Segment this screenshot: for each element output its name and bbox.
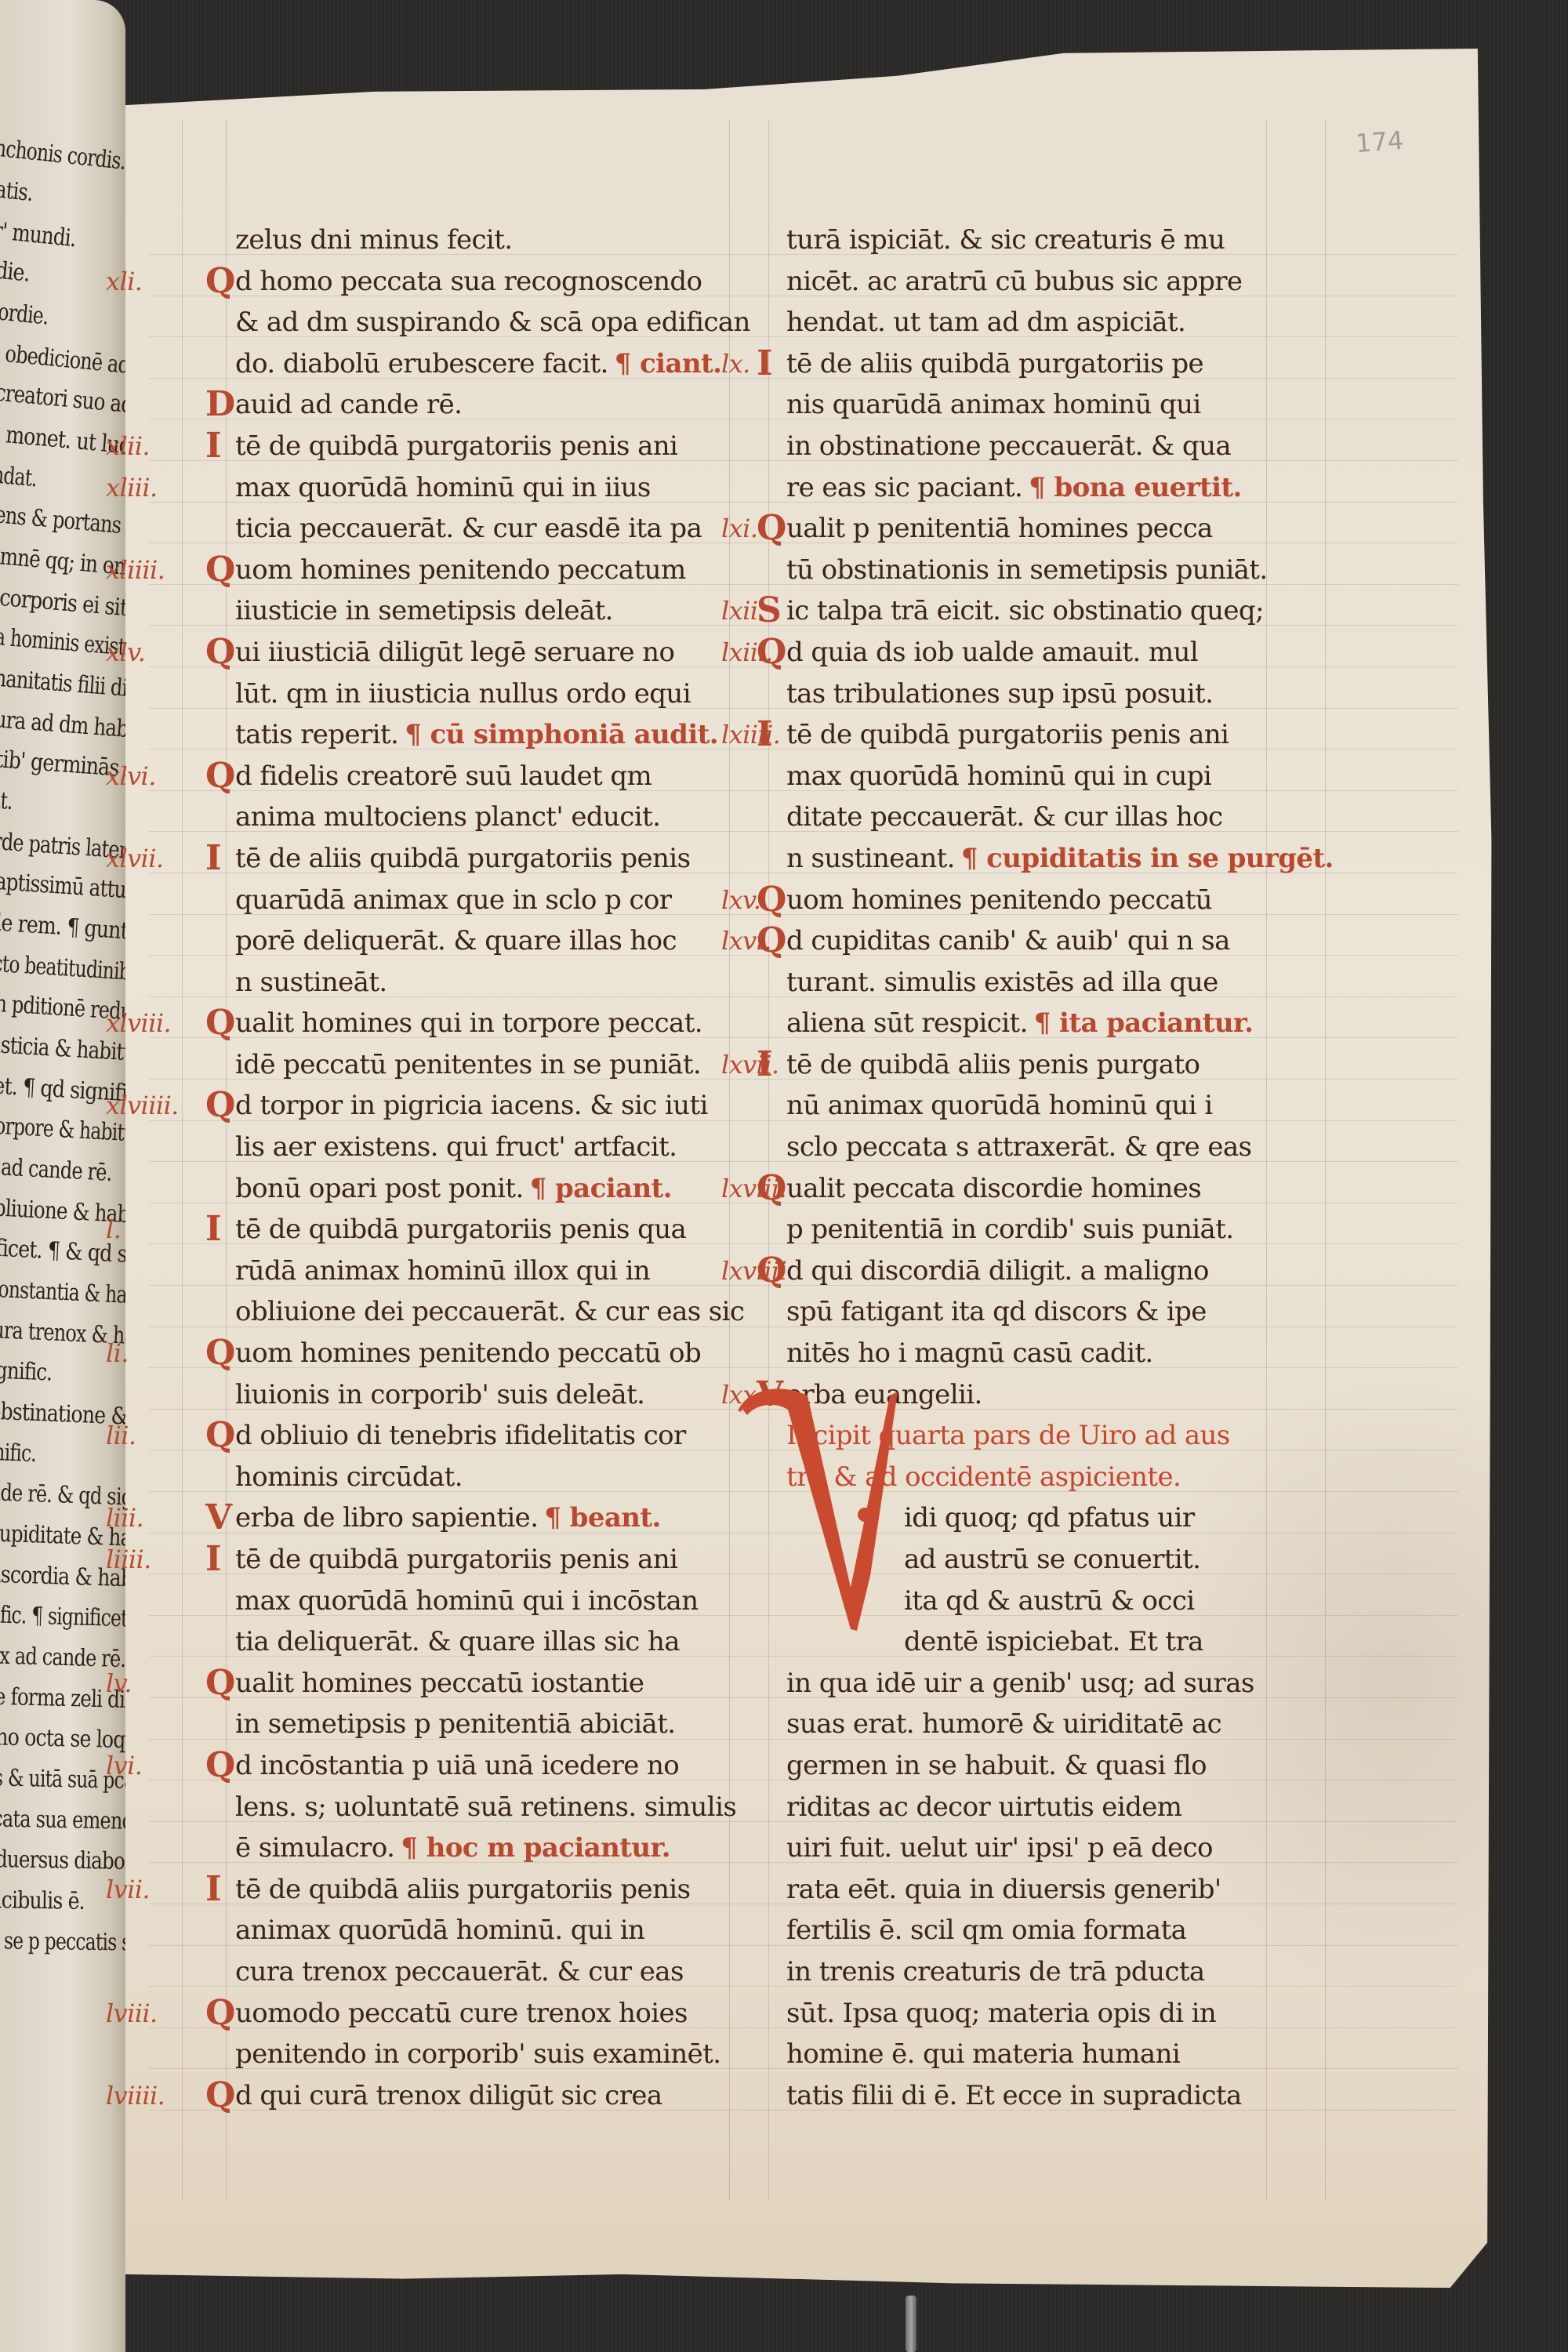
text-line: Qualit peccata discordie homines xyxy=(786,1168,1296,1210)
rubricated-initial: I xyxy=(757,1044,772,1086)
chapter-number: xlviiii. xyxy=(106,1085,179,1127)
text-line: Itē de quibdā purgatoriis penis qual. xyxy=(235,1209,721,1250)
text-line: Qd fidelis creatorē suū laudet qmxlvi. xyxy=(235,756,721,797)
text-line: riditas ac decor uirtutis eidem xyxy=(786,1787,1296,1828)
chapter-number: lvi. xyxy=(106,1745,142,1787)
text-line: obliuione dei peccauerāt. & cur eas sic xyxy=(235,1291,721,1333)
text-line: bonū opari post ponit.¶ paciant.lxviii. xyxy=(235,1168,721,1210)
line-text: auid ad cande rē. xyxy=(235,384,462,426)
line-text: rūdā animax hominū illox qui in xyxy=(235,1250,650,1292)
text-line: porē deliquerāt. & quare illas hoclxvi. xyxy=(235,920,721,962)
line-text: ic talpa trā eicit. sic obstinatio queq; xyxy=(786,590,1264,632)
text-line: spū fatigant ita qd discors & ipe xyxy=(786,1291,1296,1333)
verso-text-line: ..gnific. xyxy=(0,1438,37,1468)
text-line: ticia peccauerāt. & cur easdē ita palxi. xyxy=(235,508,721,550)
rubricated-initial: Q xyxy=(205,2075,235,2117)
verso-text-line: ..nchonis cordis. xyxy=(0,133,125,176)
line-text: nicēt. ac aratrū cū bubus sic appre xyxy=(786,261,1242,303)
text-line: Qd qui discordiā diligit. a maligno xyxy=(786,1250,1296,1292)
rubricated-initial: Q xyxy=(205,1085,235,1127)
chapter-number: lxi. xyxy=(721,508,757,550)
line-text: iiusticie in semetipsis deleāt. xyxy=(235,590,613,632)
verso-text-line: ..ncibulis ē. xyxy=(0,1886,85,1915)
verso-text-line: ..creatori suo adhereat xyxy=(0,378,125,424)
text-line: nis quarūdā animax hominū qui xyxy=(786,384,1296,426)
chapter-number: xlvii. xyxy=(106,838,163,880)
rubric-note: ¶ paciant. xyxy=(530,1173,672,1204)
rubricated-initial: I xyxy=(205,426,221,467)
line-text: d torpor in pigricia iacens. & sic iuti xyxy=(235,1085,708,1127)
verso-text-line: ..gnific. xyxy=(0,1356,53,1387)
text-line: Qualit p penitentiā homines pecca xyxy=(786,508,1296,550)
rubric-note: ¶ beant. xyxy=(544,1502,660,1534)
verso-text-line: ..ccata sua emendet. xyxy=(0,1805,125,1835)
text-line: iiusticie in semetipsis deleāt.lxii. xyxy=(235,590,721,632)
right-text-column: turā ispiciāt. & sic creaturis ē municēt… xyxy=(786,220,1296,2116)
line-text: do. diabolū erubescere facit. xyxy=(235,343,608,385)
line-text: lens. s; uoluntatē suā retinens. simulis xyxy=(235,1787,736,1828)
text-line: Itē de quibdā aliis purgatoriis penislvi… xyxy=(235,1869,721,1911)
line-text: & ad dm suspirando & scā opa edifican xyxy=(235,302,750,343)
ruling-line xyxy=(226,119,227,2201)
text-line: nitēs ho i magnū casū cadit. xyxy=(786,1333,1296,1374)
line-text: nitēs ho i magnū casū cadit. xyxy=(786,1333,1153,1374)
chapter-number: xlvi. xyxy=(106,756,156,797)
folio-number: 174 xyxy=(1355,125,1405,158)
line-text: d incōstantia p uiā unā icedere no xyxy=(235,1745,679,1787)
line-text: lis aer existens. qui fruct' artfacit. xyxy=(235,1127,677,1168)
line-text: re eas sic paciant. xyxy=(786,467,1022,509)
line-text: idē peccatū penitentes in se puniāt. xyxy=(235,1044,701,1086)
rubricated-initial: S xyxy=(757,590,781,632)
line-text: zelus dni minus fecit. xyxy=(235,220,512,261)
text-line: turant. simulis existēs ad illa que xyxy=(786,962,1296,1004)
verso-text-line: ..de rem. ¶ guntur. xyxy=(0,908,125,946)
rubricated-initial: I xyxy=(757,343,772,385)
rubric-note: ¶ cū simphoniā audit. xyxy=(405,719,718,750)
line-text: lūt. qm in iiusticia nullus ordo equi xyxy=(235,673,691,715)
line-text: ditate peccauerāt. & cur illas hoc xyxy=(786,797,1222,838)
line-text: max quorūdā hominū qui i incōstan xyxy=(235,1581,699,1622)
rubricated-initial: I xyxy=(205,1539,221,1581)
line-text: turant. simulis existēs ad illa que xyxy=(786,962,1218,1004)
ruling-line xyxy=(768,119,769,2201)
line-text: ualit homines qui in torpore peccat. xyxy=(235,1003,702,1044)
line-text: quarūdā animax que in sclo p cor xyxy=(235,880,671,921)
line-text: uom homines penitendo peccatum xyxy=(235,550,686,591)
line-text: turā ispiciāt. & sic creaturis ē mu xyxy=(786,220,1225,261)
rubricated-initial: I xyxy=(205,838,221,880)
verso-text-line: ..or' mundi. xyxy=(0,215,77,252)
chapter-number: lx. xyxy=(721,343,750,385)
text-line: fertilis ē. scil qm omia formata xyxy=(786,1910,1296,1951)
chapter-number: li. xyxy=(106,1333,129,1374)
verso-text-line: ..ific. ¶ significet. xyxy=(0,1601,125,1633)
verso-text-line: ..die. xyxy=(0,256,31,288)
rubricated-initial: I xyxy=(205,1209,221,1250)
line-text: nis quarūdā animax hominū qui xyxy=(786,384,1201,426)
line-text: tē de quibdā purgatoriis penis ani xyxy=(235,426,677,467)
line-text: ticia peccauerāt. & cur easdē ita pa xyxy=(235,508,702,550)
line-text: tē de quibdā aliis purgatoriis penis xyxy=(235,1869,690,1911)
line-text: spū fatigant ita qd discors & ipe xyxy=(786,1291,1207,1333)
verso-text-line: ..tā obedicionē adgrā xyxy=(0,337,125,383)
verso-text-line: ..tit. xyxy=(0,786,13,815)
rubric-note: ¶ cupiditatis in se purgēt. xyxy=(961,843,1334,874)
line-text: d qui curā trenox diligūt sic crea xyxy=(235,2075,662,2117)
text-line: anima multociens planct' educit. xyxy=(235,797,721,838)
text-line: germen in se habuit. & quasi flo xyxy=(786,1745,1296,1787)
rubricated-initial: Q xyxy=(205,632,235,673)
line-text: tē de quibdā aliis penis purgato xyxy=(786,1044,1200,1086)
text-line: Quom homines penitendo peccatumxliiii. xyxy=(235,550,721,591)
line-text: erba de libro sapientie. xyxy=(235,1497,538,1539)
text-line: re eas sic paciant.¶ bona euertit. xyxy=(786,467,1296,509)
line-text: cura trenox peccauerāt. & cur eas xyxy=(235,1951,684,1993)
rubric-note: ¶ bona euertit. xyxy=(1029,472,1242,503)
text-line: Quom homines penitendo peccatū obli. xyxy=(235,1333,721,1374)
rubricated-initial: Q xyxy=(757,1250,786,1292)
text-line: sūt. Ipsa quoq; materia opis di in xyxy=(786,1993,1296,2034)
line-text: hominis circūdat. xyxy=(235,1457,463,1498)
verso-text-line: ..constantia & habitu xyxy=(0,1275,125,1311)
line-text: tia deliquerāt. & quare illas sic ha xyxy=(235,1621,680,1663)
chapter-number: l. xyxy=(106,1209,121,1250)
line-text: n sustineāt. xyxy=(235,962,387,1004)
text-line: Quom homines penitendo peccatū xyxy=(786,880,1296,921)
text-line: tas tribulationes sup ipsū posuit. xyxy=(786,673,1296,715)
text-line: Qd torpor in pigricia iacens. & sic iuti… xyxy=(235,1085,721,1127)
rubric-note: ¶ ciant. xyxy=(615,348,722,379)
chapter-number: liiii. xyxy=(106,1539,151,1581)
line-text: d cupiditas canib' & auib' qui n sa xyxy=(786,920,1230,962)
rubric-note: ¶ ita paciantur. xyxy=(1034,1007,1254,1039)
line-text: tū obstinationis in semetipsis puniāt. xyxy=(786,550,1268,591)
text-line: Verba de libro sapientie.¶ beant.liii. xyxy=(235,1497,721,1539)
text-line: in semetipsis p penitentiā abiciāt. xyxy=(235,1704,721,1745)
line-text: nū animax quorūdā hominū qui i xyxy=(786,1085,1213,1127)
text-line: in trenis creaturis de trā pducta xyxy=(786,1951,1296,1993)
bookmark-clip xyxy=(906,2296,916,2352)
line-text: d qui discordiā diligit. a maligno xyxy=(786,1250,1209,1292)
text-line: tū obstinationis in semetipsis puniāt. xyxy=(786,550,1296,591)
rubricated-initial: Q xyxy=(757,508,786,550)
text-line: Dauid ad cande rē. xyxy=(235,384,721,426)
rubricated-initial: Q xyxy=(757,920,786,962)
line-text: d homo peccata sua recognoscendo xyxy=(235,261,702,303)
verso-text-line: ..cordie. xyxy=(0,296,49,330)
text-line: tia deliquerāt. & quare illas sic ha xyxy=(235,1621,721,1663)
text-line: cura trenox peccauerāt. & cur eas xyxy=(235,1951,721,1993)
rubricated-initial: Q xyxy=(205,550,235,591)
text-line: Qd incōstantia p uiā unā icedere nolvi. xyxy=(235,1745,721,1787)
line-text: tē de quibdā purgatoriis penis ani xyxy=(235,1539,677,1581)
line-text: hendat. ut tam ad dm aspiciāt. xyxy=(786,302,1185,343)
text-line: rata eēt. quia in diuersis generib' xyxy=(786,1869,1296,1911)
chapter-number: liii. xyxy=(106,1497,143,1539)
text-line: penitendo in corporib' suis examinēt. xyxy=(235,2034,721,2075)
chapter-number: lviiii. xyxy=(106,2075,165,2117)
ruling-line xyxy=(1325,119,1326,2201)
line-text: max quorūdā hominū qui in cupi xyxy=(786,756,1211,797)
chapter-number: xli. xyxy=(106,261,142,303)
rubricated-initial: Q xyxy=(205,1993,235,2034)
verso-text-line: ..tatis. xyxy=(0,174,34,207)
text-line: lis aer existens. qui fruct' artfacit. xyxy=(235,1127,721,1168)
rubricated-initial: I xyxy=(205,1869,221,1911)
text-line: aliena sūt respicit.¶ ita paciantur. xyxy=(786,1003,1296,1044)
chapter-number: lxv. xyxy=(721,880,760,921)
line-text: d obliuio di tenebris ifidelitatis cor xyxy=(235,1415,686,1457)
text-line: Qd cupiditas canib' & auib' qui n sa xyxy=(786,920,1296,962)
chapter-number: xlv. xyxy=(106,632,145,673)
line-text: tē de aliis quibdā purgatoriis penis xyxy=(235,838,690,880)
text-line: & ad dm suspirando & scā opa edifican xyxy=(235,302,721,343)
line-text: ualit homines peccatū iostantie xyxy=(235,1663,644,1704)
text-line: Qd qui curā trenox diligūt sic crealviii… xyxy=(235,2075,721,2117)
line-text: sclo peccata s attraxerāt. & qre eas xyxy=(786,1127,1251,1168)
text-line: Itē de aliis quibdā purgatoriis pe xyxy=(786,343,1296,385)
rubricated-initial: Q xyxy=(757,1168,786,1210)
text-line: sclo peccata s attraxerāt. & qre eas xyxy=(786,1127,1296,1168)
line-text: liuionis in corporib' suis deleāt. xyxy=(235,1374,644,1416)
line-text: uom homines penitendo peccatū xyxy=(786,880,1212,921)
line-text: ualit p penitentiā homines pecca xyxy=(786,508,1213,550)
text-line: lens. s; uoluntatē suā retinens. simulis xyxy=(235,1787,721,1828)
line-text: obliuione dei peccauerāt. & cur eas sic xyxy=(235,1291,744,1333)
line-text: anima multociens planct' educit. xyxy=(235,797,660,838)
text-line: suas erat. humorē & uiriditatē ac xyxy=(786,1704,1296,1745)
line-text: n sustineant. xyxy=(786,838,955,880)
rubricated-initial: Q xyxy=(205,1003,235,1044)
text-line: tatis reperit.¶ cū simphoniā audit.lxiii… xyxy=(235,714,721,756)
line-text: tatis reperit. xyxy=(235,714,398,756)
text-line: turā ispiciāt. & sic creaturis ē mu xyxy=(786,220,1296,261)
line-text: d quia ds iob ualde amauit. mul xyxy=(786,632,1198,673)
text-line: n sustineāt. xyxy=(235,962,721,1004)
line-text: bonū opari post ponit. xyxy=(235,1168,524,1210)
text-line: liuionis in corporib' suis deleāt.lxx. xyxy=(235,1374,721,1416)
verso-text-line: ..endat. xyxy=(0,459,38,492)
text-line: animax quorūdā hominū. qui in xyxy=(235,1910,721,1951)
line-text: in obstinatione peccauerāt. & qua xyxy=(786,426,1231,467)
text-line: hendat. ut tam ad dm aspiciāt. xyxy=(786,302,1296,343)
text-line: ē simulacro.¶ hoc m paciantur. xyxy=(235,1828,721,1869)
line-text: tē de quibdā purgatoriis penis qua xyxy=(235,1209,686,1250)
text-line: nicēt. ac aratrū cū bubus sic appre xyxy=(786,261,1296,303)
text-line: zelus dni minus fecit. xyxy=(235,220,721,261)
line-text: tas tribulationes sup ipsū posuit. xyxy=(786,673,1213,715)
ruling-line xyxy=(182,119,183,2201)
rubricated-initial: Q xyxy=(757,880,786,921)
rubricated-initial: V xyxy=(205,1497,232,1539)
chapter-number: xliii. xyxy=(106,467,158,509)
rubricated-initial: Q xyxy=(205,1415,235,1457)
text-line: Quomodo peccatū cure trenox hoieslviii. xyxy=(235,1993,721,2034)
verso-text-line: ..pura ad dm habens. xyxy=(0,704,125,746)
line-text: ui iiusticiā diligūt legē seruare no xyxy=(235,632,674,673)
text-line: homine ē. qui materia humani xyxy=(786,2034,1296,2075)
text-line: Itē de quibdā purgatoriis penis aniliiii… xyxy=(235,1539,721,1581)
text-line: max quorūdā hominū qui in iiusxliii. xyxy=(235,467,721,509)
verso-text-line: ..t ad cande rē. xyxy=(0,1152,112,1187)
text-line: max quorūdā hominū qui in cupi xyxy=(786,756,1296,797)
text-line: lūt. qm in iiusticia nullus ordo equi xyxy=(235,673,721,715)
text-line: Itē de quibdā purgatoriis penis ani xyxy=(786,714,1296,756)
text-line: Qui iiusticiā diligūt legē seruare noxlv… xyxy=(235,632,721,673)
text-line: rūdā animax hominū illox qui inlxviiii xyxy=(235,1250,721,1292)
line-text: uomodo peccatū cure trenox hoies xyxy=(235,1993,688,2034)
text-line: nū animax quorūdā hominū qui i xyxy=(786,1085,1296,1127)
text-line: n sustineant.¶ cupiditatis in se purgēt. xyxy=(786,838,1296,880)
chapter-number: xliiii. xyxy=(106,550,165,591)
line-text: d fidelis creatorē suū laudet qm xyxy=(235,756,652,797)
line-text: porē deliquerāt. & quare illas hoc xyxy=(235,920,677,962)
chapter-number: lii. xyxy=(106,1415,136,1457)
rubricated-initial: Q xyxy=(205,1745,235,1787)
line-text: uom homines penitendo peccatū ob xyxy=(235,1333,701,1374)
line-text: in semetipsis p penitentiā abiciāt. xyxy=(235,1704,675,1745)
ruling-line xyxy=(729,119,730,2201)
rubricated-initial: D xyxy=(205,384,235,426)
text-line: Itē de aliis quibdā purgatoriis penisxlv… xyxy=(235,838,721,880)
rubricated-initial: Q xyxy=(757,632,786,673)
line-text: tē de aliis quibdā purgatoriis pe xyxy=(786,343,1203,385)
line-text: ualit peccata discordie homines xyxy=(786,1168,1201,1210)
verso-text-line: ..ui se p peccatis suis p xyxy=(0,1927,125,1957)
text-line: quarūdā animax que in sclo p corlxv. xyxy=(235,880,721,921)
text-line: in obstinatione peccauerāt. & qua xyxy=(786,426,1296,467)
text-line: max quorūdā hominū qui i incōstan xyxy=(235,1581,721,1622)
line-text: max quorūdā hominū qui in iius xyxy=(235,467,651,509)
rubricated-initial: Q xyxy=(205,1333,235,1374)
text-line: hominis circūdat. xyxy=(235,1457,721,1498)
chapter-number: xlviii. xyxy=(106,1003,171,1044)
text-line: Qd obliuio di tenebris ifidelitatis corl… xyxy=(235,1415,721,1457)
text-line: ditate peccauerāt. & cur illas hoc xyxy=(786,797,1296,838)
text-line: uiri fuit. uelut uir' ipsi' p eā deco xyxy=(786,1828,1296,1869)
text-line: Qualit homines qui in torpore peccat.xlv… xyxy=(235,1003,721,1044)
chapter-number: lviii. xyxy=(106,1993,158,2034)
rubricated-initial: Q xyxy=(205,261,235,303)
text-line: Itē de quibdā aliis penis purgato xyxy=(786,1044,1296,1086)
text-line: p penitentiā in cordib' suis puniāt. xyxy=(786,1209,1296,1250)
line-text: tē de quibdā purgatoriis penis ani xyxy=(786,714,1229,756)
rubric-note: ¶ hoc m paciantur. xyxy=(401,1832,670,1864)
line-text: ē simulacro. xyxy=(235,1828,394,1869)
text-line: Sic talpa trā eicit. sic obstinatio queq… xyxy=(786,590,1296,632)
text-line: idē peccatū penitentes in se puniāt.lxvi… xyxy=(235,1044,721,1086)
rubricated-initial: I xyxy=(757,714,772,756)
verso-text-line: ..octo beatitudinib' xyxy=(0,949,125,986)
rubricated-initial: Q xyxy=(205,756,235,797)
illuminated-initial-v-icon xyxy=(733,1380,906,1639)
line-text: animax quorūdā hominū. qui in xyxy=(235,1910,644,1951)
line-text: penitendo in corporib' suis examinēt. xyxy=(235,2034,720,2075)
chapter-number: lv. xyxy=(106,1663,132,1704)
left-text-column: zelus dni minus fecit.Qd homo peccata su… xyxy=(235,220,721,2116)
text-line: in qua idē uir a genib' usq; ad suras xyxy=(786,1663,1296,1704)
chapter-number: xlii. xyxy=(106,426,150,467)
line-text: p penitentiā in cordib' suis puniāt. xyxy=(786,1209,1233,1250)
text-line: Qd quia ds iob ualde amauit. mul xyxy=(786,632,1296,673)
chapter-number: lvii. xyxy=(106,1869,150,1911)
text-line: Itē de quibdā purgatoriis penis anixlii. xyxy=(235,426,721,467)
text-line: tatis filii di ē. Et ecce in supradicta xyxy=(786,2075,1296,2117)
rubricated-initial: Q xyxy=(205,1663,235,1704)
line-text: aliena sūt respicit. xyxy=(786,1003,1028,1044)
text-line: Qd homo peccata sua recognoscendoxli. xyxy=(235,261,721,303)
text-line: Qualit homines peccatū iostantielv. xyxy=(235,1663,721,1704)
text-line: do. diabolū erubescere facit.¶ ciant.lx. xyxy=(235,343,721,385)
